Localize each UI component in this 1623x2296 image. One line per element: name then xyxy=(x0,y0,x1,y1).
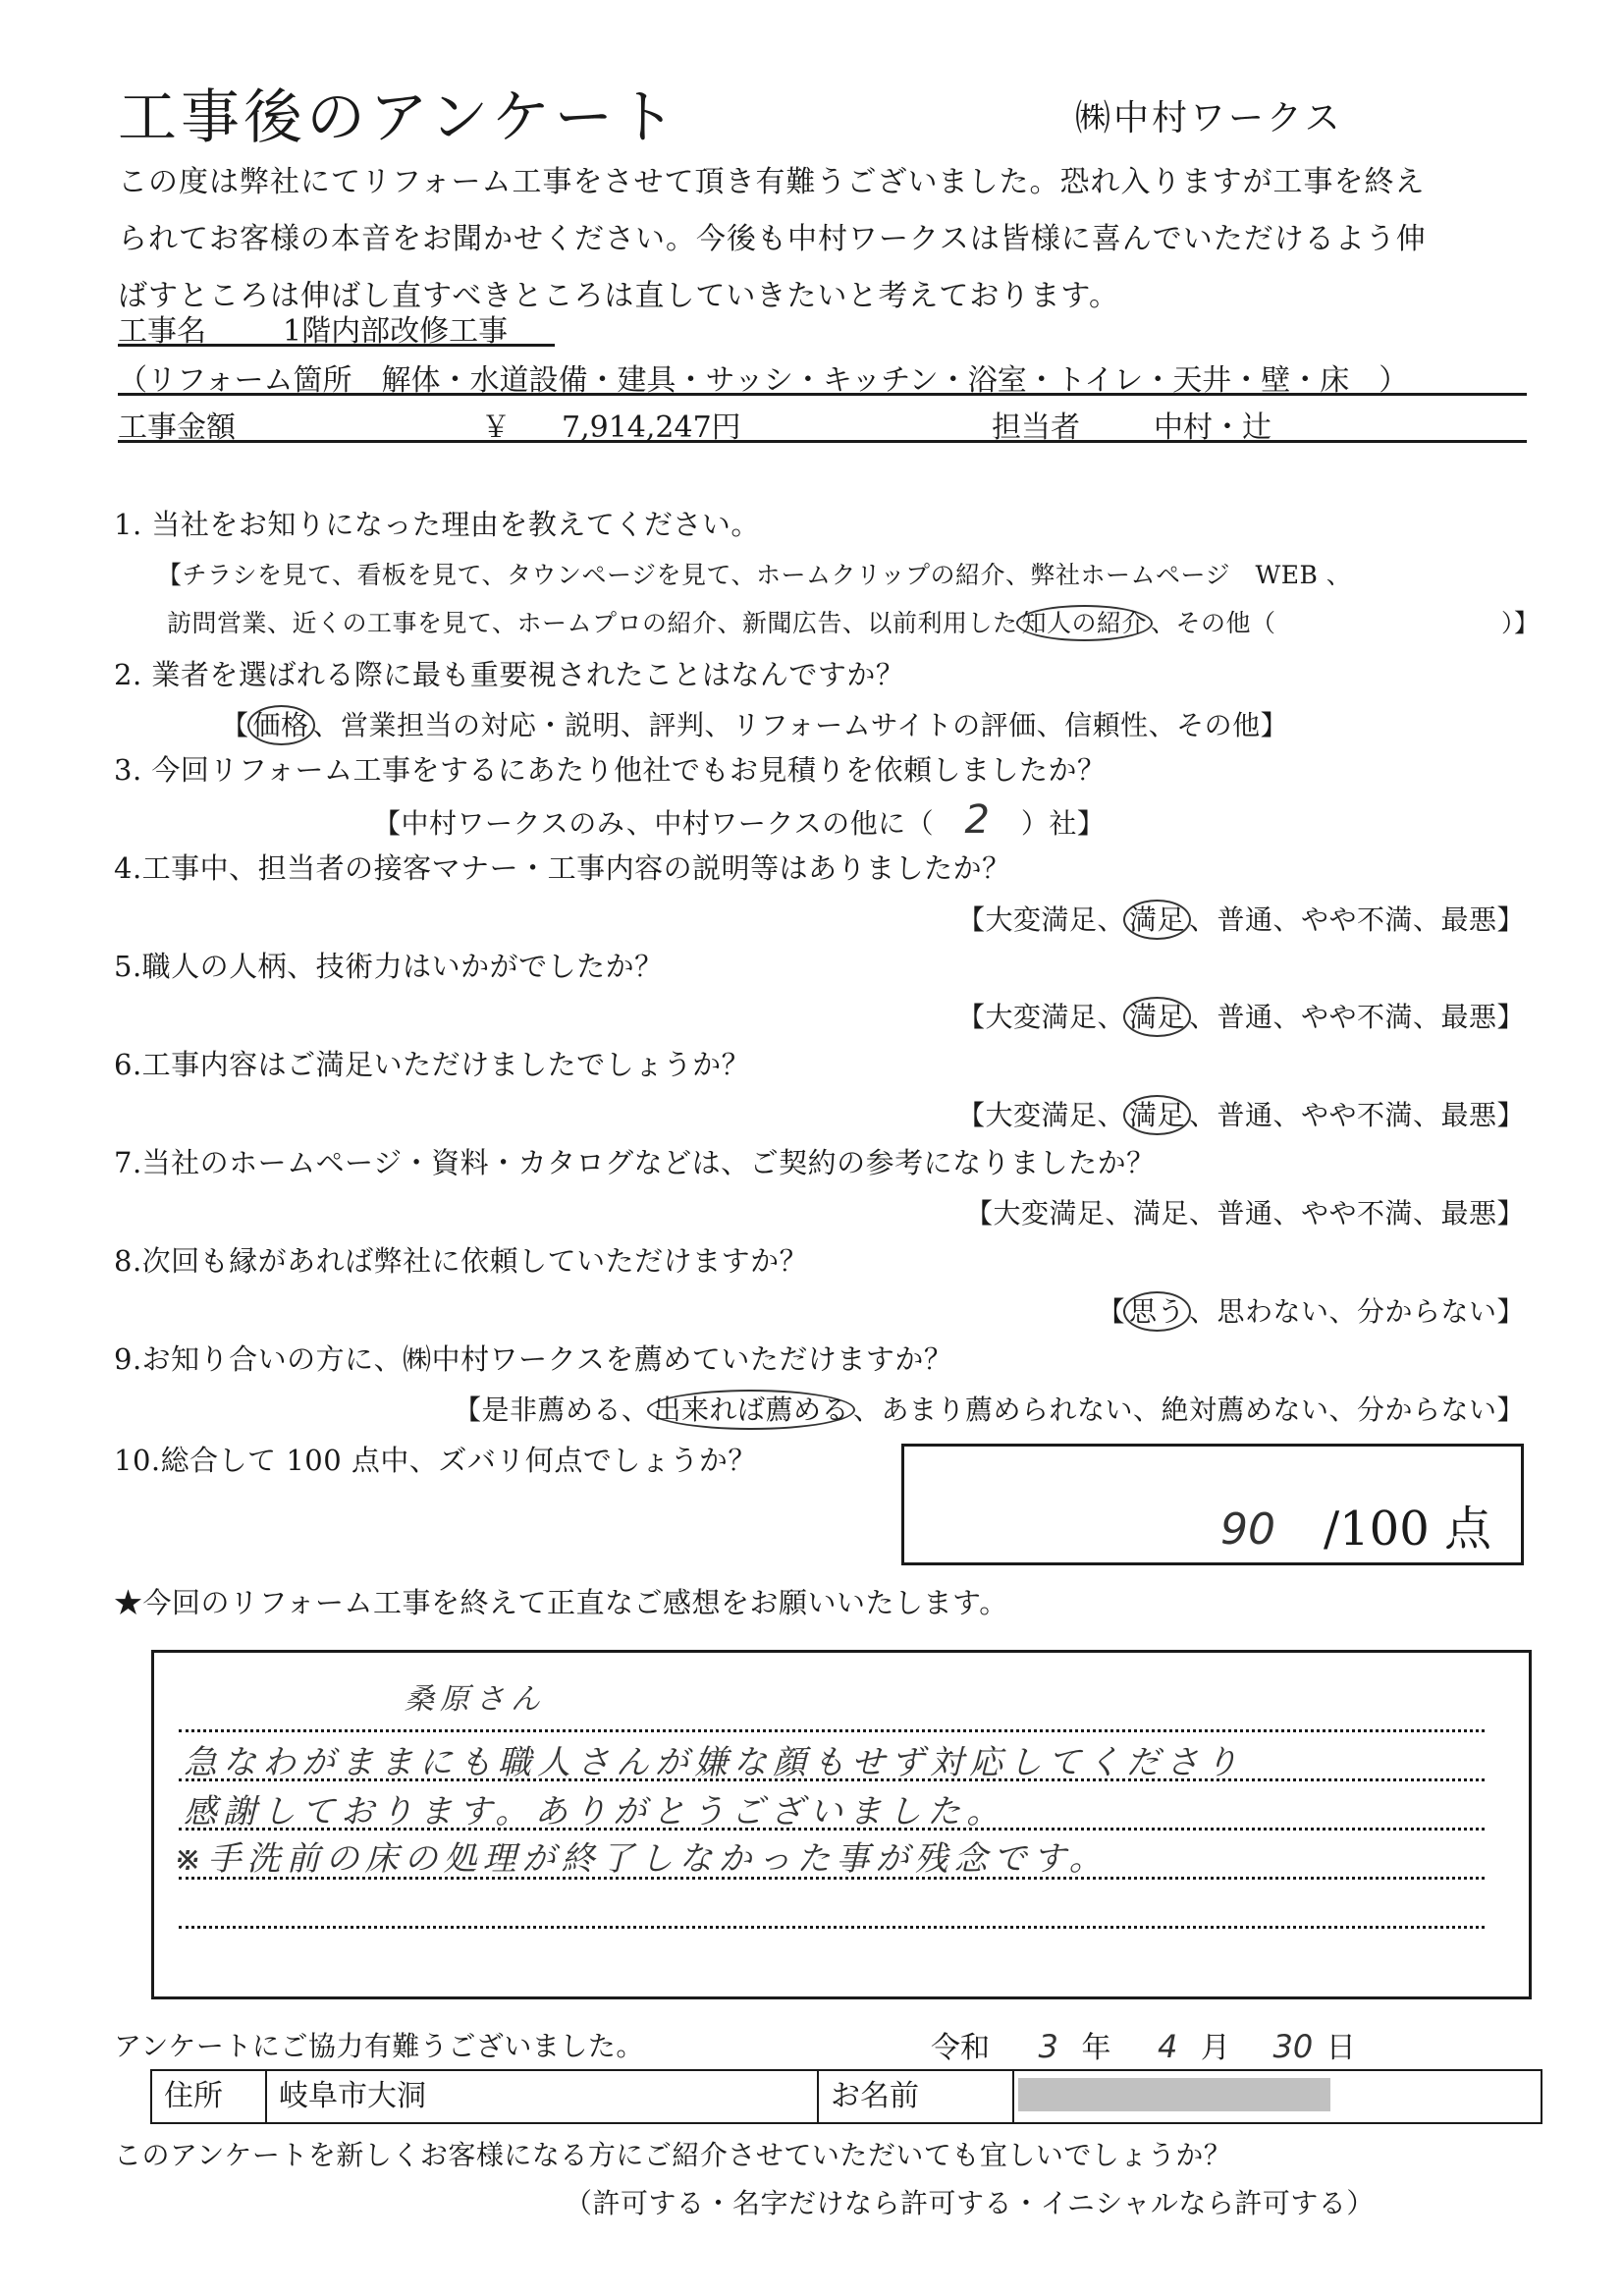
question-9-options: 【是非薦める、出来れば薦める、あまり薦められない、絶対薦めない、分からない】 xyxy=(454,1389,1525,1428)
thanks-message: アンケートにご協力有難うございました。 xyxy=(114,2025,644,2064)
question-5: 5.職人の人柄、技術力はいかがでしたか？ xyxy=(114,945,664,985)
amount-label: 工事金額 xyxy=(118,403,236,446)
question-4-text: 工事中、担当者の接客マナー・工事内容の説明等はありましたか？ xyxy=(142,851,1011,885)
question-1-options-line2: 訪問営業、近くの工事を見て、ホームプロの紹介、新聞広告、以前利用した知人の紹介、… xyxy=(167,604,1540,639)
project-name-value: 1階内部改修工事 xyxy=(283,306,508,350)
question-8-selected-answer[interactable]: 思う xyxy=(1123,1291,1191,1332)
comments-prompt: ★今回のリフォーム工事を終えて正直なご感想をお願いいたします。 xyxy=(114,1581,1008,1621)
question-5-options: 【大変満足、満足、普通、やや不満、最悪】 xyxy=(957,996,1525,1035)
staff-value: 中村・辻 xyxy=(1154,403,1271,446)
comment-line-4: ※手洗前の床の処理が終了しなかった事が残念です。 xyxy=(174,1831,1109,1880)
project-amount-row: 工事金額 ￥ 7,914,247円 担当者 中村・辻 xyxy=(118,401,1527,443)
question-8-text: 次回も縁があれば弊社に依頼していただけますか？ xyxy=(142,1244,809,1278)
question-3-text: 今回リフォーム工事をするにあたり他社でもお見積りを依頼しましたか？ xyxy=(151,753,1106,787)
question-6-selected-answer[interactable]: 満足 xyxy=(1123,1095,1191,1135)
question-9-selected-answer[interactable]: 出来れば薦める xyxy=(647,1390,855,1430)
redacted-name xyxy=(1018,2078,1330,2111)
question-7-text: 当社のホームページ・資料・カタログなどは、ご契約の参考になりましたか？ xyxy=(142,1146,1156,1179)
address-label: 住所 xyxy=(152,2071,267,2122)
permission-question: このアンケートを新しくお客様になる方にご紹介させていただいても宜しいでしょうか？ xyxy=(114,2134,1231,2173)
question-6: 6.工事内容はご満足いただけましたでしょうか？ xyxy=(114,1043,750,1083)
amount-currency: ￥ xyxy=(481,403,511,446)
permission-options[interactable]: （許可する・名字だけなら許可する・イニシャルなら許可する） xyxy=(565,2182,1375,2221)
question-10: 10.総合して 100 点中、ズバリ何点でしょうか？ xyxy=(114,1439,757,1479)
comment-line-1: 急なわがままにも職人さんが嫌な顔もせず対応してくださり xyxy=(184,1735,1244,1783)
question-3-answer[interactable]: 2 xyxy=(944,797,1012,843)
question-4-options: 【大変満足、満足、普通、やや不満、最悪】 xyxy=(957,899,1525,938)
date-month[interactable]: 4 xyxy=(1158,2028,1177,2065)
score-value[interactable]: 90 xyxy=(1220,1504,1275,1555)
question-9: 9.お知り合いの方に、㈱中村ワークスを薦めていただけますか？ xyxy=(114,1338,952,1378)
question-2-options: 【価格、営業担当の対応・説明、評判、リフォームサイトの評価、信頼性、その他】 xyxy=(221,704,1288,743)
question-9-text: お知り合いの方に、㈱中村ワークスを薦めていただけますか？ xyxy=(142,1342,953,1376)
question-8: 8.次回も縁があれば弊社に依頼していただけますか？ xyxy=(114,1239,808,1280)
date-year[interactable]: 3 xyxy=(1039,2028,1058,2065)
project-name-label: 工事名 xyxy=(118,306,206,350)
project-name-row: 工事名 1階内部改修工事 xyxy=(118,304,555,347)
reform-locations: （リフォーム箇所 解体・水道設備・建具・サッシ・キッチン・浴室・トイレ・天井・壁… xyxy=(118,355,1408,399)
address-value[interactable]: 岐阜市大洞 xyxy=(267,2071,819,2122)
comment-rule-5 xyxy=(179,1926,1485,1929)
staff-label: 担当者 xyxy=(992,403,1080,446)
question-5-text: 職人の人柄、技術力はいかがでしたか？ xyxy=(142,950,664,983)
reform-locations-row: （リフォーム箇所 解体・水道設備・建具・サッシ・キッチン・浴室・トイレ・天井・壁… xyxy=(118,354,1527,396)
question-3: 3. 今回リフォーム工事をするにあたり他社でもお見積りを依頼しましたか？ xyxy=(114,748,1106,789)
date-era: 令和 xyxy=(931,2031,990,2065)
question-6-text: 工事内容はご満足いただけましたでしょうか？ xyxy=(142,1048,751,1081)
question-8-options: 【思う、思わない、分からない】 xyxy=(1097,1290,1525,1330)
comments-annotation: 桑原さん xyxy=(405,1674,546,1718)
amount-value: 7,914,247円 xyxy=(562,403,741,446)
question-2-text: 業者を選ばれる際に最も重要視されたことはなんですか？ xyxy=(151,658,904,691)
score-box[interactable]: 90 /100 点 xyxy=(901,1444,1524,1565)
company-name: ㈱中村ワークス xyxy=(1075,90,1343,140)
question-5-selected-answer[interactable]: 満足 xyxy=(1123,997,1191,1037)
page-title: 工事後のアンケート xyxy=(118,71,679,155)
question-7-options: 【大変満足、満足、普通、やや不満、最悪】 xyxy=(965,1192,1525,1231)
question-2: 2. 業者を選ばれる際に最も重要視されたことはなんですか？ xyxy=(114,653,904,693)
question-4-selected-answer[interactable]: 満足 xyxy=(1123,900,1191,940)
question-1-options-line1: 【チラシを見て、看板を見て、タウンページを見て、ホームクリップの紹介、弊社ホーム… xyxy=(157,556,1351,591)
comment-rule-3 xyxy=(179,1828,1485,1831)
name-label: お名前 xyxy=(819,2071,1014,2122)
comment-rule-2 xyxy=(179,1778,1485,1781)
score-max: /100 点 xyxy=(1324,1491,1491,1558)
intro-line-1: この度は弊社にてリフォーム工事をさせて頂き有難うございました。恐れ入りますが工事… xyxy=(118,157,1426,200)
question-4: 4.工事中、担当者の接客マナー・工事内容の説明等はありましたか？ xyxy=(114,847,1011,887)
intro-line-2: られてお客様の本音をお聞かせください。今後も中村ワークスは皆様に喜んでいただける… xyxy=(118,214,1427,257)
question-1: 1. 当社をお知りになった理由を教えてください。 xyxy=(114,503,760,543)
comment-line-2: 感謝しております。ありがとうございました。 xyxy=(184,1784,1005,1832)
question-7: 7.当社のホームページ・資料・カタログなどは、ご契約の参考になりましたか？ xyxy=(114,1141,1156,1181)
customer-info-table: 住所 岐阜市大洞 お名前 xyxy=(150,2069,1542,2124)
question-6-options: 【大変満足、満足、普通、やや不満、最悪】 xyxy=(957,1094,1525,1133)
survey-date: 令和 3 年 4 月 30 日 xyxy=(931,2023,1356,2066)
comment-rule-1 xyxy=(179,1729,1485,1732)
question-10-text: 総合して 100 点中、ズバリ何点でしょうか？ xyxy=(161,1444,757,1477)
question-2-selected-answer[interactable]: 価格 xyxy=(247,705,315,745)
date-day[interactable]: 30 xyxy=(1272,2028,1313,2065)
question-1-selected-answer[interactable]: 知人の紹介 xyxy=(1016,605,1154,641)
comments-box[interactable]: 桑原さん 急なわがままにも職人さんが嫌な顔もせず対応してくださり 感謝しておりま… xyxy=(151,1650,1532,1999)
question-1-text: 当社をお知りになった理由を教えてください。 xyxy=(151,508,760,541)
question-3-options: 【中村ワークスのみ、中村ワークスの他に（ 2 ）社】 xyxy=(373,797,1105,843)
